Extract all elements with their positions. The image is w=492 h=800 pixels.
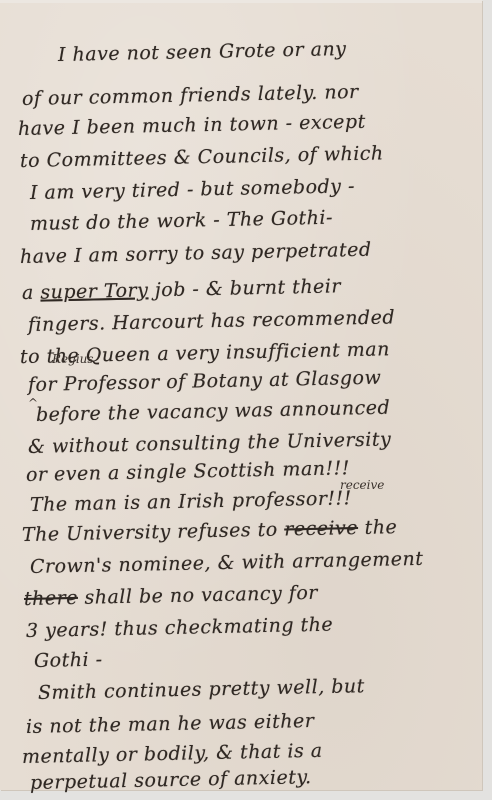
manuscript-line: I have not seen Grote or any bbox=[58, 38, 347, 66]
line-text: a bbox=[22, 282, 34, 304]
manuscript-line: mentally or bodily, & that is a bbox=[22, 740, 323, 768]
manuscript-line: a super Tory job - & burnt their bbox=[22, 275, 341, 304]
struck-text: there bbox=[24, 587, 78, 610]
manuscript-line: The man is an Irish professor!!! bbox=[30, 487, 352, 516]
scanned-page: I have not seen Grote or any of our comm… bbox=[0, 0, 492, 800]
manuscript-line: for Professor of Botany at Glasgow bbox=[28, 367, 382, 396]
manuscript-line: is not the man he was either bbox=[26, 710, 315, 738]
manuscript-line: before the vacancy was announced bbox=[36, 397, 391, 426]
line-text: job - & burnt their bbox=[155, 275, 342, 301]
manuscript-line: have I am sorry to say perpetrated bbox=[20, 239, 372, 268]
insertion-note: receive bbox=[340, 478, 384, 492]
manuscript-line: Crown's nominee, & with arrangement bbox=[30, 548, 424, 578]
manuscript-line: perpetual source of anxiety. bbox=[30, 766, 312, 794]
manuscript-line: Gothi - bbox=[34, 649, 103, 672]
manuscript-line: 3 years! thus checkmating the bbox=[26, 614, 334, 642]
underlined-text: super Tory bbox=[40, 279, 148, 303]
paper-edge bbox=[0, 0, 482, 3]
line-text: the bbox=[364, 516, 397, 539]
manuscript-line: to Committees & Councils, of which bbox=[20, 142, 384, 172]
struck-text: receive bbox=[284, 517, 358, 541]
line-text: shall be no vacancy for bbox=[84, 582, 318, 609]
manuscript-line: there shall be no vacancy for bbox=[24, 582, 318, 610]
line-text: The University refuses to bbox=[22, 519, 278, 546]
manuscript-paper: I have not seen Grote or any of our comm… bbox=[0, 0, 482, 790]
insertion-note: Regius bbox=[52, 352, 94, 366]
manuscript-line: Smith continues pretty well, but bbox=[38, 675, 365, 704]
manuscript-line: & without consulting the University bbox=[28, 428, 392, 458]
manuscript-line: have I been much in town - except bbox=[18, 111, 366, 140]
manuscript-line: of our common friends lately. nor bbox=[22, 81, 359, 110]
manuscript-line: The University refuses to receive the bbox=[22, 516, 398, 546]
manuscript-line: must do the work - The Gothi- bbox=[30, 207, 333, 235]
manuscript-line: I am very tired - but somebody - bbox=[30, 175, 355, 204]
manuscript-line: fingers. Harcourt has recommended bbox=[28, 306, 395, 336]
manuscript-line: or even a single Scottish man!!! bbox=[26, 457, 350, 486]
